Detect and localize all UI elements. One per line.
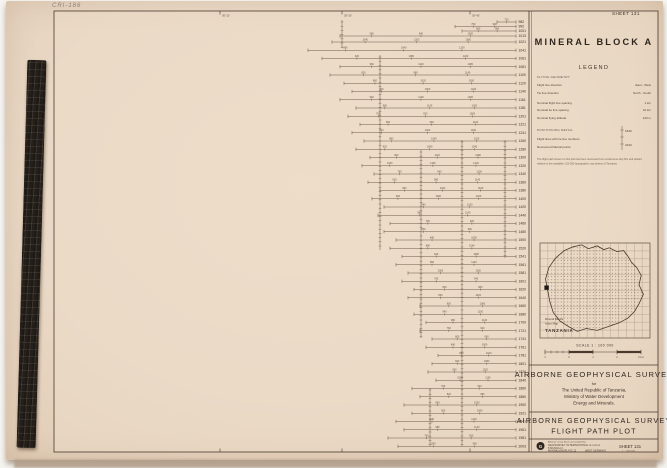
flight-line-number: 1041	[519, 48, 527, 52]
fiducial-number: 840	[430, 236, 435, 239]
fiducial-number: 1220	[471, 88, 477, 91]
fiducial-number: 800	[422, 228, 427, 231]
fiducial-number: 980	[480, 393, 485, 396]
fiducial-number: 800	[386, 121, 391, 124]
fiducial-number: 920	[355, 55, 360, 58]
flight-line-number: 1400	[519, 197, 527, 201]
index-map-label1: Mineral Blocks	[545, 317, 564, 321]
legend-section2: POSITIONING DETAIL	[537, 128, 573, 132]
legend-row-label: Flight line direction	[537, 83, 562, 87]
scale-text: SCALE 1 : 100 000	[576, 344, 614, 348]
flight-line-number: 1880	[519, 395, 527, 399]
fiducial-number: 1100	[476, 170, 482, 173]
fiducial-number: 900	[441, 410, 446, 413]
fiducial-number: 1040	[362, 38, 368, 41]
fiducial-number: 1120	[483, 368, 489, 371]
company-logo-letter: G	[539, 444, 543, 449]
flight-line-number: 1520	[519, 246, 527, 250]
fiducial-number: 900	[396, 195, 401, 198]
fiducial-number: 1240	[463, 55, 469, 58]
fiducial-number: 1160	[471, 129, 477, 132]
fiducial-number: 1300	[472, 104, 478, 107]
fiducial-number: 1120	[471, 261, 477, 264]
flight-line-number: 1860	[519, 387, 527, 391]
fiducial-number: 940	[437, 170, 442, 173]
fiducial-number: 1060	[435, 195, 441, 198]
fiducial-number: 1020	[474, 401, 480, 404]
legend-row-label: Nominal flying altitude	[537, 116, 567, 120]
fiducial-number: 1160	[476, 269, 482, 272]
fiducial-number: 1060	[477, 410, 483, 413]
fiducial-number: 820	[393, 179, 398, 182]
fiducial-number: 960	[473, 443, 478, 446]
flight-line-number: 1680	[519, 312, 527, 316]
fiducial-number: 920	[423, 113, 428, 116]
fiducial-number: 1160	[430, 162, 436, 165]
fiducial-number: 940	[443, 311, 448, 314]
fiducial-number: 760	[426, 220, 431, 223]
fiducial-number: 1260	[467, 96, 473, 99]
fiducial-number: 800	[476, 27, 481, 30]
flight-line-number: 1761	[519, 345, 527, 349]
flight-line-number: 2003	[519, 444, 527, 448]
flight-line-number: 1001	[519, 29, 527, 33]
coordinate-label: 30°30'	[344, 14, 352, 18]
legend-section1: FLYING GEOMETRY	[537, 75, 570, 79]
fiducial-number: 980	[436, 426, 441, 429]
fiducial-number: 1140	[482, 319, 488, 322]
flight-line-number: 1981	[519, 436, 527, 440]
credit-addr3: WEST GERMANY	[585, 449, 607, 453]
fiducial-number: 760	[447, 327, 452, 330]
fiducial-number: 1200	[414, 38, 420, 41]
fiducial-number: 960	[485, 335, 490, 338]
survey-title: AIRBORNE GEOPHYSICAL SURVEY	[515, 370, 667, 379]
flight-line-number: 1460	[519, 222, 527, 226]
fiducial-number: 1020	[440, 187, 446, 190]
fiducial-number: 1060	[425, 88, 431, 91]
fiducial-number: 820	[361, 71, 366, 74]
fiducial-number: 1000	[387, 162, 393, 165]
scale-bar-label: 3 km	[638, 355, 645, 359]
flight-line-number: 1561	[519, 263, 527, 267]
fiducial-number: 760	[424, 434, 429, 437]
fiducial-number: 1120	[473, 121, 479, 124]
flight-line-number: 1081	[519, 65, 527, 69]
fiducial-number: 1000	[482, 344, 488, 347]
survey-client-1: The United Republic of Tanzania,	[562, 388, 627, 393]
fiducial-number: 960	[468, 228, 473, 231]
fiducial-number: 1200	[459, 47, 465, 50]
flight-line-number: 1360	[519, 180, 527, 184]
flight-line-number: 1500	[519, 238, 527, 242]
fiducial-number: 1240	[472, 146, 478, 149]
legend-row-label: Nominal tie line spacing	[537, 108, 569, 112]
flight-path-plot-canvas: 7209827609009928009601001680840100010131…	[0, 0, 667, 468]
fiducial-number: 1140	[475, 179, 481, 182]
fiducial-number: 1000	[467, 32, 473, 35]
fiducial-number: 1120	[418, 63, 424, 66]
flight-line-number: 1801	[519, 362, 527, 366]
fiducial-number: 780	[397, 170, 402, 173]
flight-line-number: 1140	[519, 90, 526, 94]
fiducial-number: 840	[419, 32, 424, 35]
flight-line-number: 1420	[519, 205, 527, 209]
fiducial-number: 1200	[474, 137, 480, 140]
fiducial-number: 900	[493, 23, 498, 26]
fiducial-number: 1280	[467, 63, 473, 66]
fiducial-number: 1080	[427, 146, 433, 149]
fiducial-number: 1040	[486, 352, 492, 355]
fiducial-number: 980	[451, 319, 456, 322]
sheet-number-bottom: SHEET 131	[619, 444, 642, 449]
flight-line-number: 1161	[519, 98, 526, 102]
fiducial-number: 1100	[478, 311, 484, 314]
flight-line-number: 1781	[519, 354, 527, 358]
fiducial-number: 780	[434, 278, 439, 281]
fiducial-number: 980	[434, 179, 439, 182]
fiducial-number: 880	[459, 352, 464, 355]
fiducial-number: 1140	[465, 212, 471, 215]
fiducial-number: 1040	[469, 245, 475, 248]
fiducial-number: 900	[447, 302, 452, 305]
legend-row-label: Recovered fiducial points	[537, 145, 571, 149]
flight-line-number: 1201	[519, 114, 527, 118]
flight-line-number: 1061	[519, 57, 527, 61]
flight-line-number: 1900	[519, 403, 527, 407]
plot-title-line2: FLIGHT PATH PLOT	[551, 427, 637, 436]
coordinate-label: 30°45'	[472, 14, 480, 18]
fiducial-number: 1280	[475, 154, 481, 157]
fiducial-number: 1000	[425, 129, 431, 132]
fiducial-number: 1140	[427, 104, 433, 107]
legend-heading: LEGEND	[579, 65, 610, 71]
fiducial-number: 780	[441, 385, 446, 388]
fiducial-number: 1180	[478, 187, 484, 190]
fiducial-number: 940	[474, 278, 479, 281]
flight-line-number: 1700	[519, 321, 527, 325]
fiducial-number: 680	[370, 32, 375, 35]
fiducial-number: 960	[495, 27, 500, 30]
fiducial-number: 860	[438, 294, 443, 297]
fiducial-number: 1080	[484, 360, 490, 363]
flight-line-number: 1300	[519, 156, 527, 160]
flight-line-number: 1260	[519, 139, 527, 143]
survey-for: for	[592, 382, 597, 386]
fiducial-number: 980	[417, 212, 422, 215]
fiducial-number: 1040	[431, 137, 437, 140]
fiducial-number: 840	[451, 344, 456, 347]
fiducial-number: 920	[455, 360, 460, 363]
legend-row-value: North - South	[633, 91, 651, 95]
flight-line-number: 1660	[519, 304, 527, 308]
fiducial-number: 1320	[473, 162, 479, 165]
sheet-scale-bottom: 1 : 100 000	[622, 449, 636, 453]
flight-line-number: 1961	[519, 428, 527, 432]
fiducial-number: 1160	[485, 377, 491, 380]
flight-line-number: 1601	[519, 279, 527, 283]
flight-line-number: 1021	[519, 40, 527, 44]
flight-line-number: 1100	[519, 73, 526, 77]
flight-line-number: 982	[519, 20, 525, 24]
fiducial-number: 1080	[408, 55, 414, 58]
fiducial-number: 980	[383, 104, 388, 107]
legend-row-label: Nominal flight line spacing	[537, 101, 572, 105]
flight-line-number: 992	[519, 25, 525, 29]
fiducial-number: 1020	[420, 80, 426, 83]
fiducial-number: 1060	[480, 302, 486, 305]
legend-row-value: 120 m	[643, 116, 652, 120]
fiducial-number: 1080	[470, 113, 476, 116]
flight-line-number: 1741	[519, 337, 527, 341]
fiducial-number: 1180	[469, 80, 475, 83]
fiducial-number: 960	[452, 368, 457, 371]
fiducial-number: 720	[504, 18, 509, 21]
fiducial-number: 860	[402, 187, 407, 190]
coordinate-label: 30°15'	[222, 14, 230, 18]
handwritten-reference: CRI-186	[52, 3, 81, 9]
fiducial-number: 980	[478, 286, 483, 289]
fiducial-number: 920	[469, 434, 474, 437]
fiducial-number: 1000	[471, 236, 477, 239]
scanned-flight-path-plot: { "sheet": { "handwriting": "CRI-186", "…	[0, 0, 667, 468]
fiducial-number: 920	[434, 253, 439, 256]
flight-line-number: 1320	[519, 164, 527, 168]
legend-row-label: Tie line direction	[537, 91, 559, 95]
fiducial-number: 1020	[475, 294, 481, 297]
credit-addr2: MAXIMILIANSPLATZ 12	[548, 449, 577, 453]
sheet-number-top: SHEET 131	[612, 11, 640, 16]
survey-client-3: Energy and Minerals.	[573, 401, 615, 406]
flight-line-number: 1721	[519, 329, 527, 333]
fiducial-number: 1040	[401, 47, 407, 50]
fiducial-number: 1140	[474, 426, 480, 429]
fiducial-number: 1100	[418, 96, 424, 99]
flight-line-number: 1440	[519, 213, 527, 217]
fiducial-number: 760	[471, 23, 476, 26]
fiducial-number: 860	[373, 80, 378, 83]
fiducial-number: 960	[394, 154, 399, 157]
fiducial-number: 880	[426, 245, 431, 248]
flight-line-number: 1921	[519, 411, 527, 415]
flight-line-number: 1241	[519, 131, 527, 135]
panel-title: MINERAL BLOCK A	[535, 37, 654, 47]
fiducial-number: 800	[431, 443, 436, 446]
flight-line-number: 1380	[519, 189, 527, 193]
survey-client-2: Ministry of Water Development	[564, 394, 625, 399]
fiducial-number: 820	[443, 286, 448, 289]
legend-row-value: East - West	[636, 83, 652, 87]
fiducial-number: 1000	[438, 269, 444, 272]
flight-line-number: 1620	[519, 288, 527, 292]
legend-row-label: Flight lines with tie line numbers	[537, 137, 580, 141]
legend-row-value: 10 km	[643, 108, 652, 112]
fiducial-number: 980	[413, 71, 418, 74]
index-map-country-label: TANZANIA	[545, 328, 574, 333]
flight-line-number: 1181	[519, 106, 526, 110]
plot-title-line1: AIRBORNE GEOPHYSICAL SURVEY	[517, 416, 667, 425]
legend-note-line1: The flight path shown on this plot has b…	[537, 157, 642, 161]
flight-line-number: 1013	[519, 34, 527, 38]
legend-row-value: 1 km	[644, 101, 651, 105]
fiducial-number: 960	[370, 63, 375, 66]
flight-line-number: 1221	[519, 123, 527, 127]
flight-line-number: 1280	[519, 147, 527, 151]
flight-line-number: 1541	[519, 255, 527, 259]
fiducial-number: 820	[447, 393, 452, 396]
fiducial-number: 1120	[434, 154, 440, 157]
fiducial-number: 880	[343, 47, 348, 50]
fiducial-number: 900	[379, 88, 384, 91]
fiducial-number: 1360	[465, 38, 471, 41]
fiducial-number: 1220	[476, 195, 482, 198]
fiducial-number: 920	[383, 146, 388, 149]
flight-line-number: 1640	[519, 296, 527, 300]
flight-line-number: 1480	[519, 230, 527, 234]
fiducial-number: 860	[436, 401, 441, 404]
fiducial-number: 800	[455, 335, 460, 338]
fiducial-number: 920	[470, 220, 475, 223]
fiducial-number: 1140	[465, 71, 471, 74]
fiducial-number: 1000	[457, 377, 463, 380]
index-map-label2: Index Map	[545, 322, 559, 326]
flight-line-number: 1340	[519, 172, 527, 176]
fiducial-number: 940	[422, 203, 427, 206]
legend-symbol-value-2: 2220	[625, 143, 632, 147]
fiducial-number: 1100	[471, 418, 477, 421]
fiducial-number: 940	[370, 96, 375, 99]
fiducial-number: 920	[480, 327, 485, 330]
fiducial-number: 1100	[467, 203, 473, 206]
fiducial-number: 960	[430, 261, 435, 264]
fiducial-number: 840	[379, 129, 384, 132]
fiducial-number: 880	[389, 137, 394, 140]
flight-line-number: 1581	[519, 271, 527, 275]
fiducial-number: 960	[430, 121, 435, 124]
current-sheet-marker	[544, 285, 548, 289]
fiducial-number: 940	[430, 418, 435, 421]
flight-line-number: 1120	[519, 81, 526, 85]
fiducial-number: 940	[478, 385, 483, 388]
fiducial-number: 760	[376, 113, 381, 116]
legend-symbol-value-1: 1840	[625, 129, 632, 133]
fiducial-number: 1080	[473, 253, 479, 256]
legend-note-line2: relative to the available 1:50 000 topog…	[537, 162, 618, 166]
